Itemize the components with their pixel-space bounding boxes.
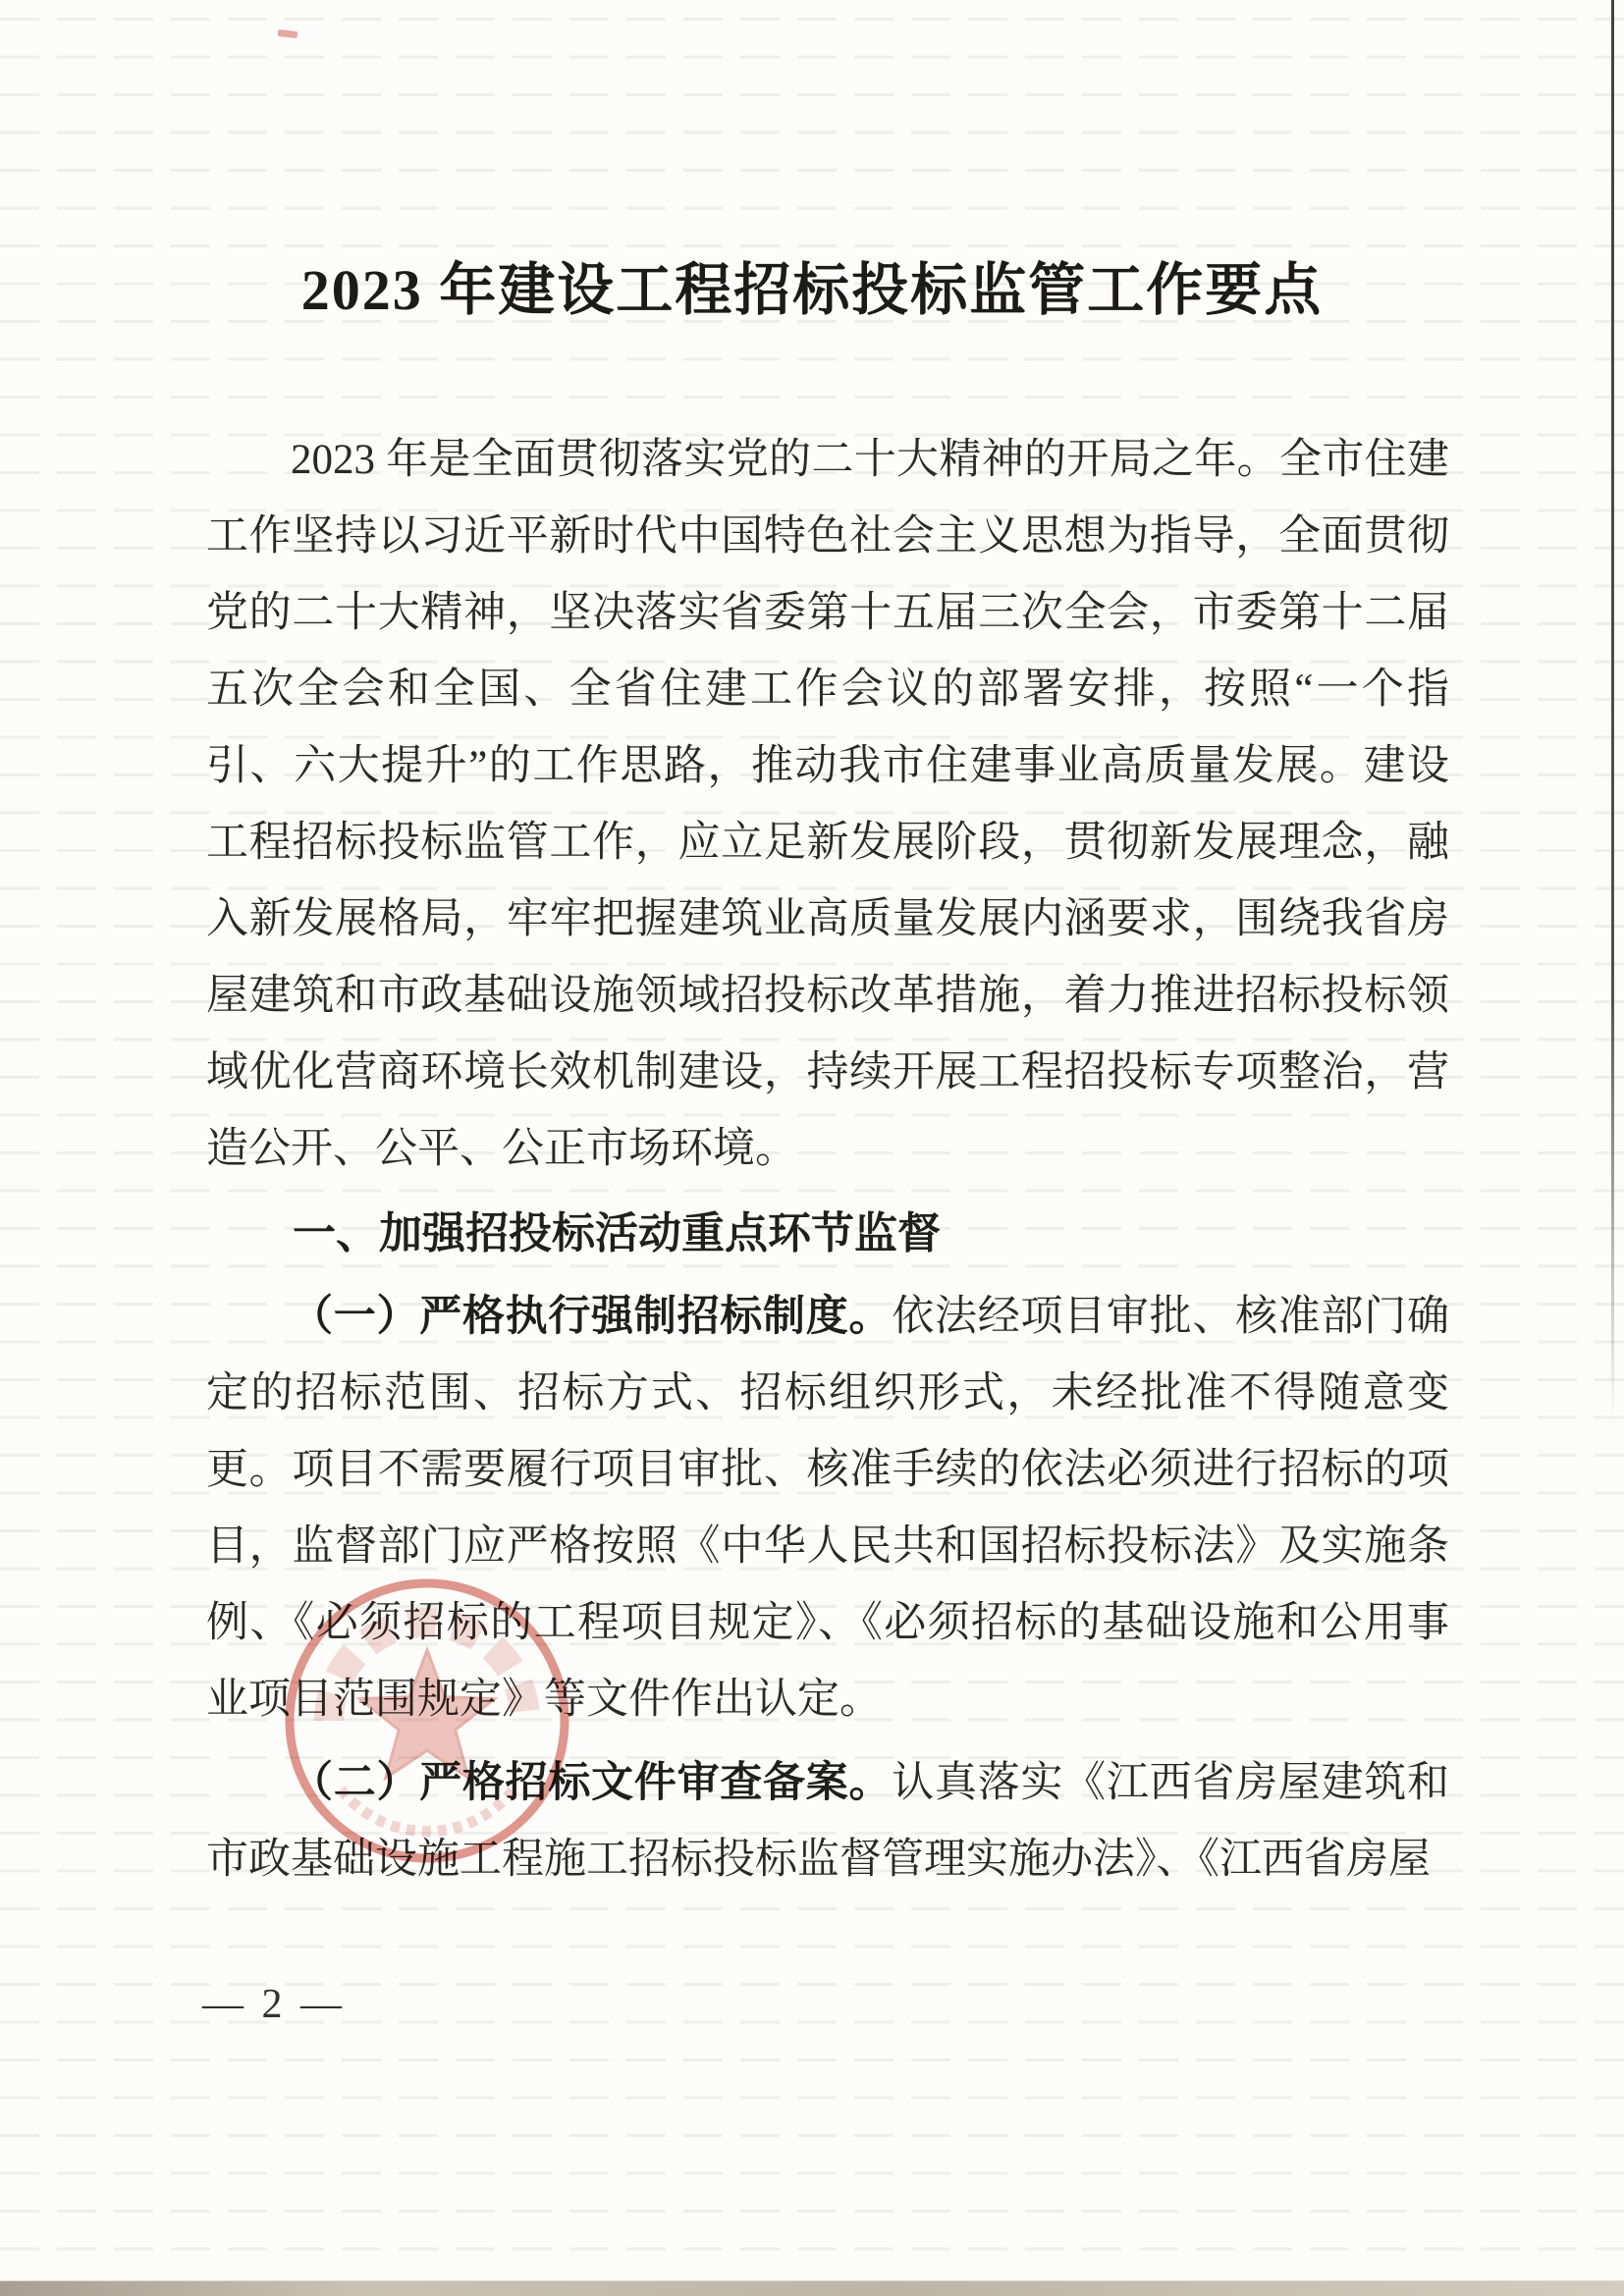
document-title: 2023 年建设工程招标投标监管工作要点 [0,243,1624,326]
intro-paragraph: 2023 年是全面贯彻落实党的二十大精神的开局之年。全市住建工作坚持以习近平新时… [206,422,1449,1188]
item-1-text: 依法经项目审批、核准部门确定的招标范围、招标方式、招标组织形式，未经批准不得随意… [206,1294,1449,1723]
scan-artifact-vertical-line [1611,0,1614,1418]
item-paragraph-2: （二）严格招标文件审查备案。认真落实《江西省房屋建筑和市政基础设施工程施工招标投… [206,1745,1449,1898]
ink-speck [278,29,298,38]
document-page: { "page": { "title": "2023 年建设工程招标投标监管工作… [0,0,1624,2296]
document-body: 2023 年是全面贯彻落实党的二十大精神的开局之年。全市住建工作坚持以习近平新时… [206,422,1449,1898]
item-paragraph-1: （一）严格执行强制招标制度。依法经项目审批、核准部门确定的招标范围、招标方式、招… [206,1279,1449,1738]
item-1-lead: （一）严格执行强制招标制度。 [291,1294,892,1340]
scan-artifact-bottom-edge [0,2280,1624,2296]
page-number: — 2 — [202,1981,346,2028]
section-heading: 一、加强招投标活动重点环节监督 [206,1196,1449,1272]
item-2-lead: （二）严格招标文件审查备案。 [291,1760,892,1806]
